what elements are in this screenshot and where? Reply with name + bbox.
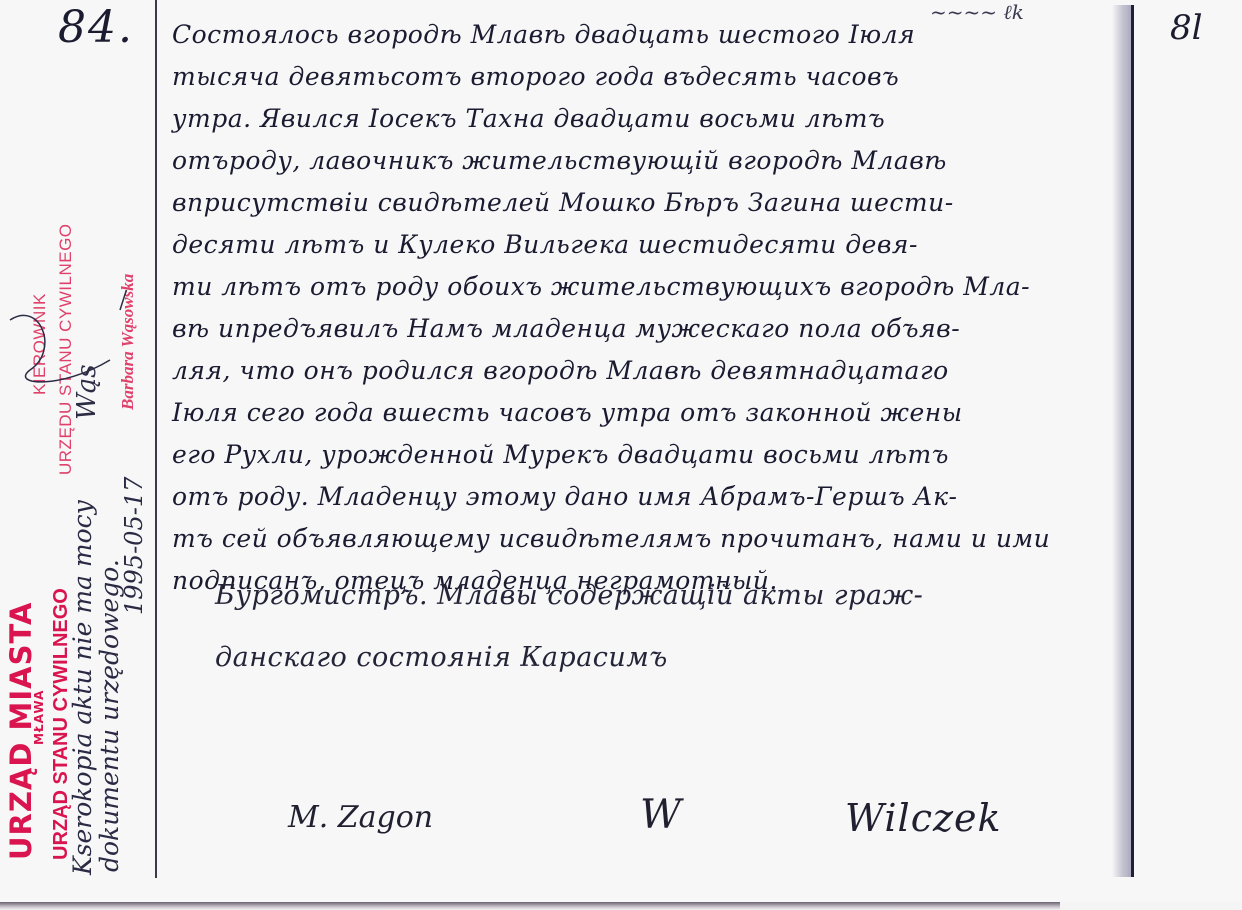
record-line: десяти лѣтъ и Кулеко Вильгека шестидесят… xyxy=(172,224,1112,266)
signature-flourish-icon xyxy=(0,290,150,410)
record-line: тысяча девятьсотъ второго года въдесять … xyxy=(172,56,1112,98)
record-line: ляя, что онъ родился вгородѣ Млавѣ девят… xyxy=(172,350,1112,392)
record-line: вприсутствiи свидѣтелей Мошко Бѣръ Загин… xyxy=(172,182,1112,224)
margin-rule-line xyxy=(155,0,157,878)
record-line: вѣ ипредъявилъ Намъ младенца мужескаго п… xyxy=(172,308,1112,350)
signature-row: M. Zagon W Wilczek xyxy=(280,800,1110,860)
page-number: 8l xyxy=(1170,8,1203,48)
record-body: Состоялось вгородѣ Млавѣ двадцать шестог… xyxy=(172,14,1112,602)
witness-signature-wilczek: Wilczek xyxy=(845,796,1002,840)
entry-number: 84. xyxy=(58,2,134,53)
record-line: ти лѣтъ отъ роду обоихъ жительствующихъ … xyxy=(172,266,1112,308)
record-line: Iюля сего года вшесть часовъ утра отъ за… xyxy=(172,392,1112,434)
copy-disclaimer-line-1: Kserokopia aktu nie ma mocy xyxy=(68,500,97,875)
record-line: утра. Явился Iосекъ Тахна двадцати восьм… xyxy=(172,98,1112,140)
record-line: отъроду, лавочникъ жительствующiй вгород… xyxy=(172,140,1112,182)
scan-bottom-edge xyxy=(0,902,1242,910)
record-line: Состоялось вгородѣ Млавѣ двадцать шестог… xyxy=(172,14,1112,56)
closing-line: Бургомистръ. Млавы содержащiй акты граж- xyxy=(215,565,1095,627)
closing-line: данскаго состоянiя Карасимъ xyxy=(215,627,1095,689)
record-line: отъ роду. Младенцу этому дано имя Абрамъ… xyxy=(172,476,1112,518)
binding-line xyxy=(1131,5,1134,877)
record-line: его Рухли, урожденной Мурекъ двадцати во… xyxy=(172,434,1112,476)
witness-signature-w: W xyxy=(640,792,681,838)
scanned-document-page: ~~~~ ℓk 84. 8l URZĄD MIASTA MŁAWA URZĄD … xyxy=(0,0,1242,910)
witness-signature-zagon: M. Zagon xyxy=(288,800,433,835)
certification-date: 1995-05-17 xyxy=(120,477,148,615)
record-line: тъ сей объявляющему исвидѣтелямъ прочита… xyxy=(172,518,1112,560)
stamp-city-name: MŁAWA xyxy=(32,690,46,745)
registrar-statement: Бургомистръ. Млавы содержащiй акты граж-… xyxy=(215,565,1095,689)
scan-bottom-edge-right xyxy=(1060,902,1242,910)
